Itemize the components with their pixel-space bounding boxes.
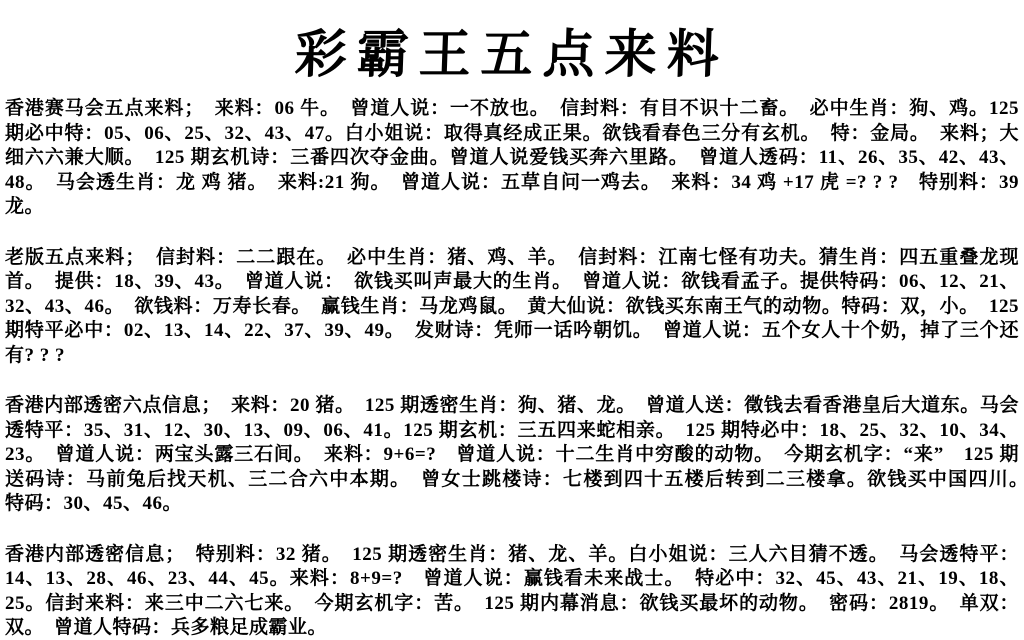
document-title: 彩霸王五点来料: [4, 12, 1021, 87]
paragraph-hk-internal-six-point: 香港内部透密六点信息； 来料：20 猪。 125 期透密生肖：狗、猪、龙。 曾道…: [5, 394, 1019, 517]
paragraph-hkjc-five-point: 香港赛马会五点来料； 来料：06 牛。 曾道人说：一不放也。 信封料：有目不识十…: [5, 97, 1019, 220]
tip-sheet-document: 彩霸王五点来料 香港赛马会五点来料； 来料：06 牛。 曾道人说：一不放也。 信…: [0, 0, 1024, 640]
paragraph-old-version-five-point: 老版五点来料； 信封料：二二跟在。 必中生肖：猪、鸡、羊。 信封料：江南七怪有功…: [5, 246, 1019, 369]
paragraph-hk-internal-info: 香港内部透密信息； 特别料：32 猪。 125 期透密生肖：猪、龙、羊。白小姐说…: [5, 543, 1019, 640]
